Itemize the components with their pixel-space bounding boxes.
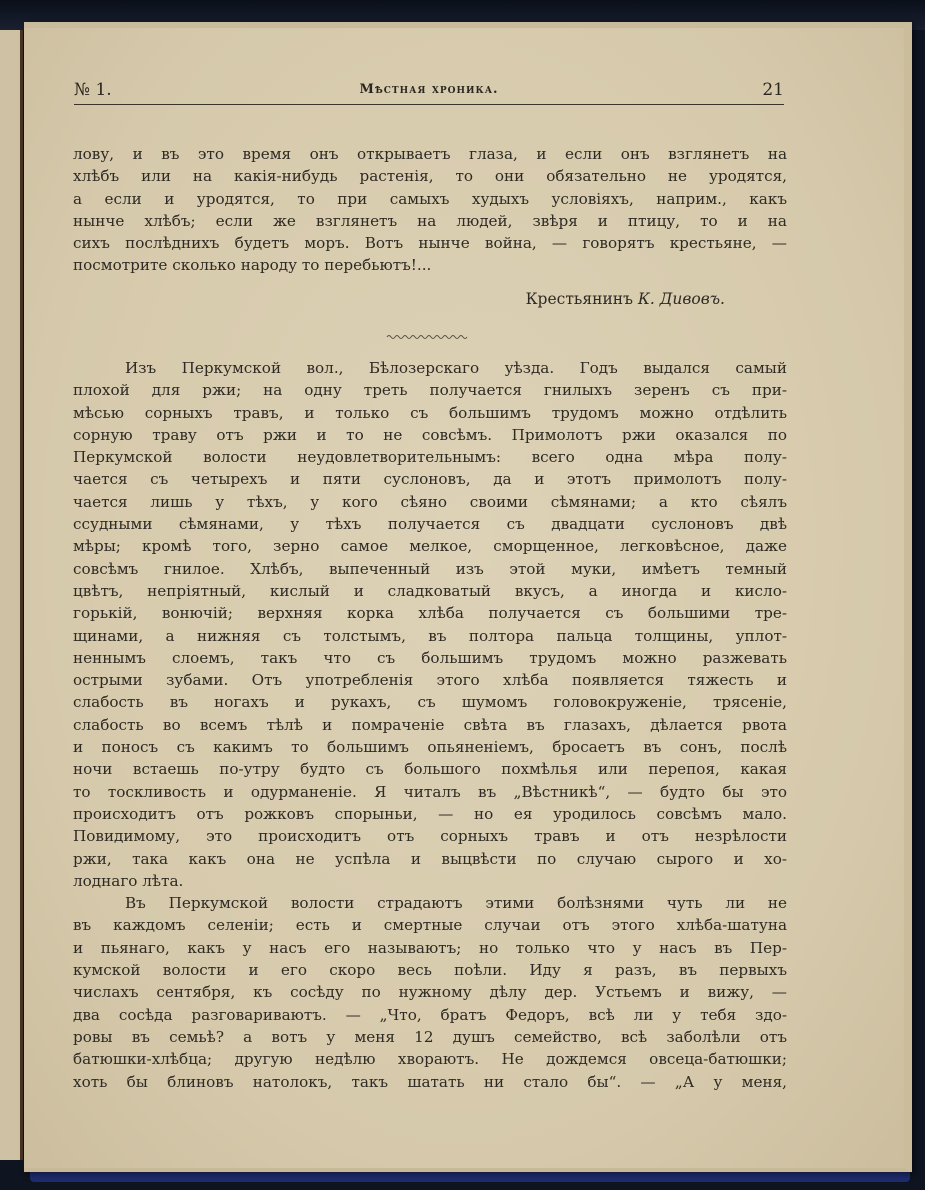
text-line: Изъ Перкумской вол., Бѣлозерскаго уѣзда.… (73, 357, 787, 379)
text-line: слабость въ ногахъ и рукахъ, съ шумомъ г… (73, 691, 787, 713)
text-line: плохой для ржи; на одну треть получается… (73, 379, 787, 401)
text-line: чается лишь у тѣхъ, у кого сѣяно своими … (73, 491, 787, 513)
text-line: и пьянаго, какъ у насъ его называютъ; но… (73, 937, 787, 959)
text-line: чается съ четырехъ и пяти суслоновъ, да … (73, 468, 787, 490)
text-line: два сосѣда разговариваютъ. — „Что, братъ… (73, 1004, 787, 1026)
text-line: ночи встаешь по-утру будто съ большого п… (73, 758, 787, 780)
text-line: и поносъ съ какимъ то большимъ опьяненіе… (73, 736, 787, 758)
running-header: № 1. Мѣстная хроника. 21 (74, 78, 784, 105)
text-line: Въ Перкумской волости страдаютъ этими бо… (73, 892, 787, 914)
text-line: сихъ послѣднихъ будетъ моръ. Вотъ нынче … (73, 232, 787, 254)
text-line: хоть бы блиновъ натолокъ, такъ шатать ни… (73, 1071, 787, 1093)
text-line: мѣсью сорныхъ травъ, и только съ большим… (73, 402, 787, 424)
text-line: сорную траву отъ ржи и то не совсѣмъ. Пр… (73, 424, 787, 446)
text-line: слабость во всемъ тѣлѣ и помраченіе свѣт… (73, 714, 787, 736)
text-line: лову, и въ это время онъ открываетъ глаз… (73, 143, 787, 165)
text-line: кумской волости и его скоро весь поѣли. … (73, 959, 787, 981)
paragraph: Изъ Перкумской вол., Бѣлозерскаго уѣзда.… (73, 357, 787, 892)
text-line: лоднаго лѣта. (73, 870, 787, 892)
facing-page-edge (0, 30, 23, 1160)
section-title: Мѣстная хроника. (74, 82, 784, 97)
wavy-divider-icon (386, 333, 468, 341)
text-line: происходитъ отъ рожковъ спорыньи, — но е… (73, 803, 787, 825)
signature: Крестьянинъ К. Дивовъ. (526, 290, 725, 308)
text-line: посмотрите сколько народу то перебьютъ!.… (73, 254, 787, 276)
text-line: числахъ сентября, къ сосѣду по нужному д… (73, 981, 787, 1003)
continued-paragraph: лову, и въ это время онъ открываетъ глаз… (73, 143, 787, 277)
text-line: нынче хлѣбъ; если же взглянетъ на людей,… (73, 210, 787, 232)
text-line: Перкумской волости неудовлетворительнымъ… (73, 446, 787, 468)
text-line: Повидимому, это происходитъ отъ сорныхъ … (73, 825, 787, 847)
text-line: совсѣмъ гнилое. Хлѣбъ, выпеченный изъ эт… (73, 558, 787, 580)
text-line: то тоскливость и одурманеніе. Я читалъ в… (73, 781, 787, 803)
signature-prefix: Крестьянинъ (526, 290, 633, 308)
page-number: 21 (762, 80, 784, 100)
paragraph: Въ Перкумской волости страдаютъ этими бо… (73, 892, 787, 1093)
signature-name: К. Дивовъ. (638, 290, 725, 308)
text-line: а если и уродятся, то при самыхъ худыхъ … (73, 188, 787, 210)
text-line: ржи, така какъ она не успѣла и выцвѣсти … (73, 848, 787, 870)
report-perkum: Изъ Перкумской вол., Бѣлозерскаго уѣзда.… (73, 357, 787, 1093)
text-line: цвѣтъ, непріятный, кислый и сладковатый … (73, 580, 787, 602)
text-line: батюшки-хлѣбца; другую недѣлю хвораютъ. … (73, 1048, 787, 1070)
text-line: въ каждомъ селеніи; есть и смертные случ… (73, 914, 787, 936)
text-line: острыми зубами. Отъ употребленія этого х… (73, 669, 787, 691)
text-line: ссудными сѣмянами, у тѣхъ получается съ … (73, 513, 787, 535)
text-line: мѣры; кромѣ того, зерно самое мелкое, см… (73, 535, 787, 557)
text-line: ровы въ семьѣ? а вотъ у меня 12 душъ сем… (73, 1026, 787, 1048)
text-line: горькій, вонючій; верхняя корка хлѣба по… (73, 602, 787, 624)
text-line: щинами, а нижняя съ толстымъ, въ полтора… (73, 625, 787, 647)
text-line: неннымъ слоемъ, такъ что съ большимъ тру… (73, 647, 787, 669)
text-line: хлѣбъ или на какія-нибудь растенія, то о… (73, 165, 787, 187)
